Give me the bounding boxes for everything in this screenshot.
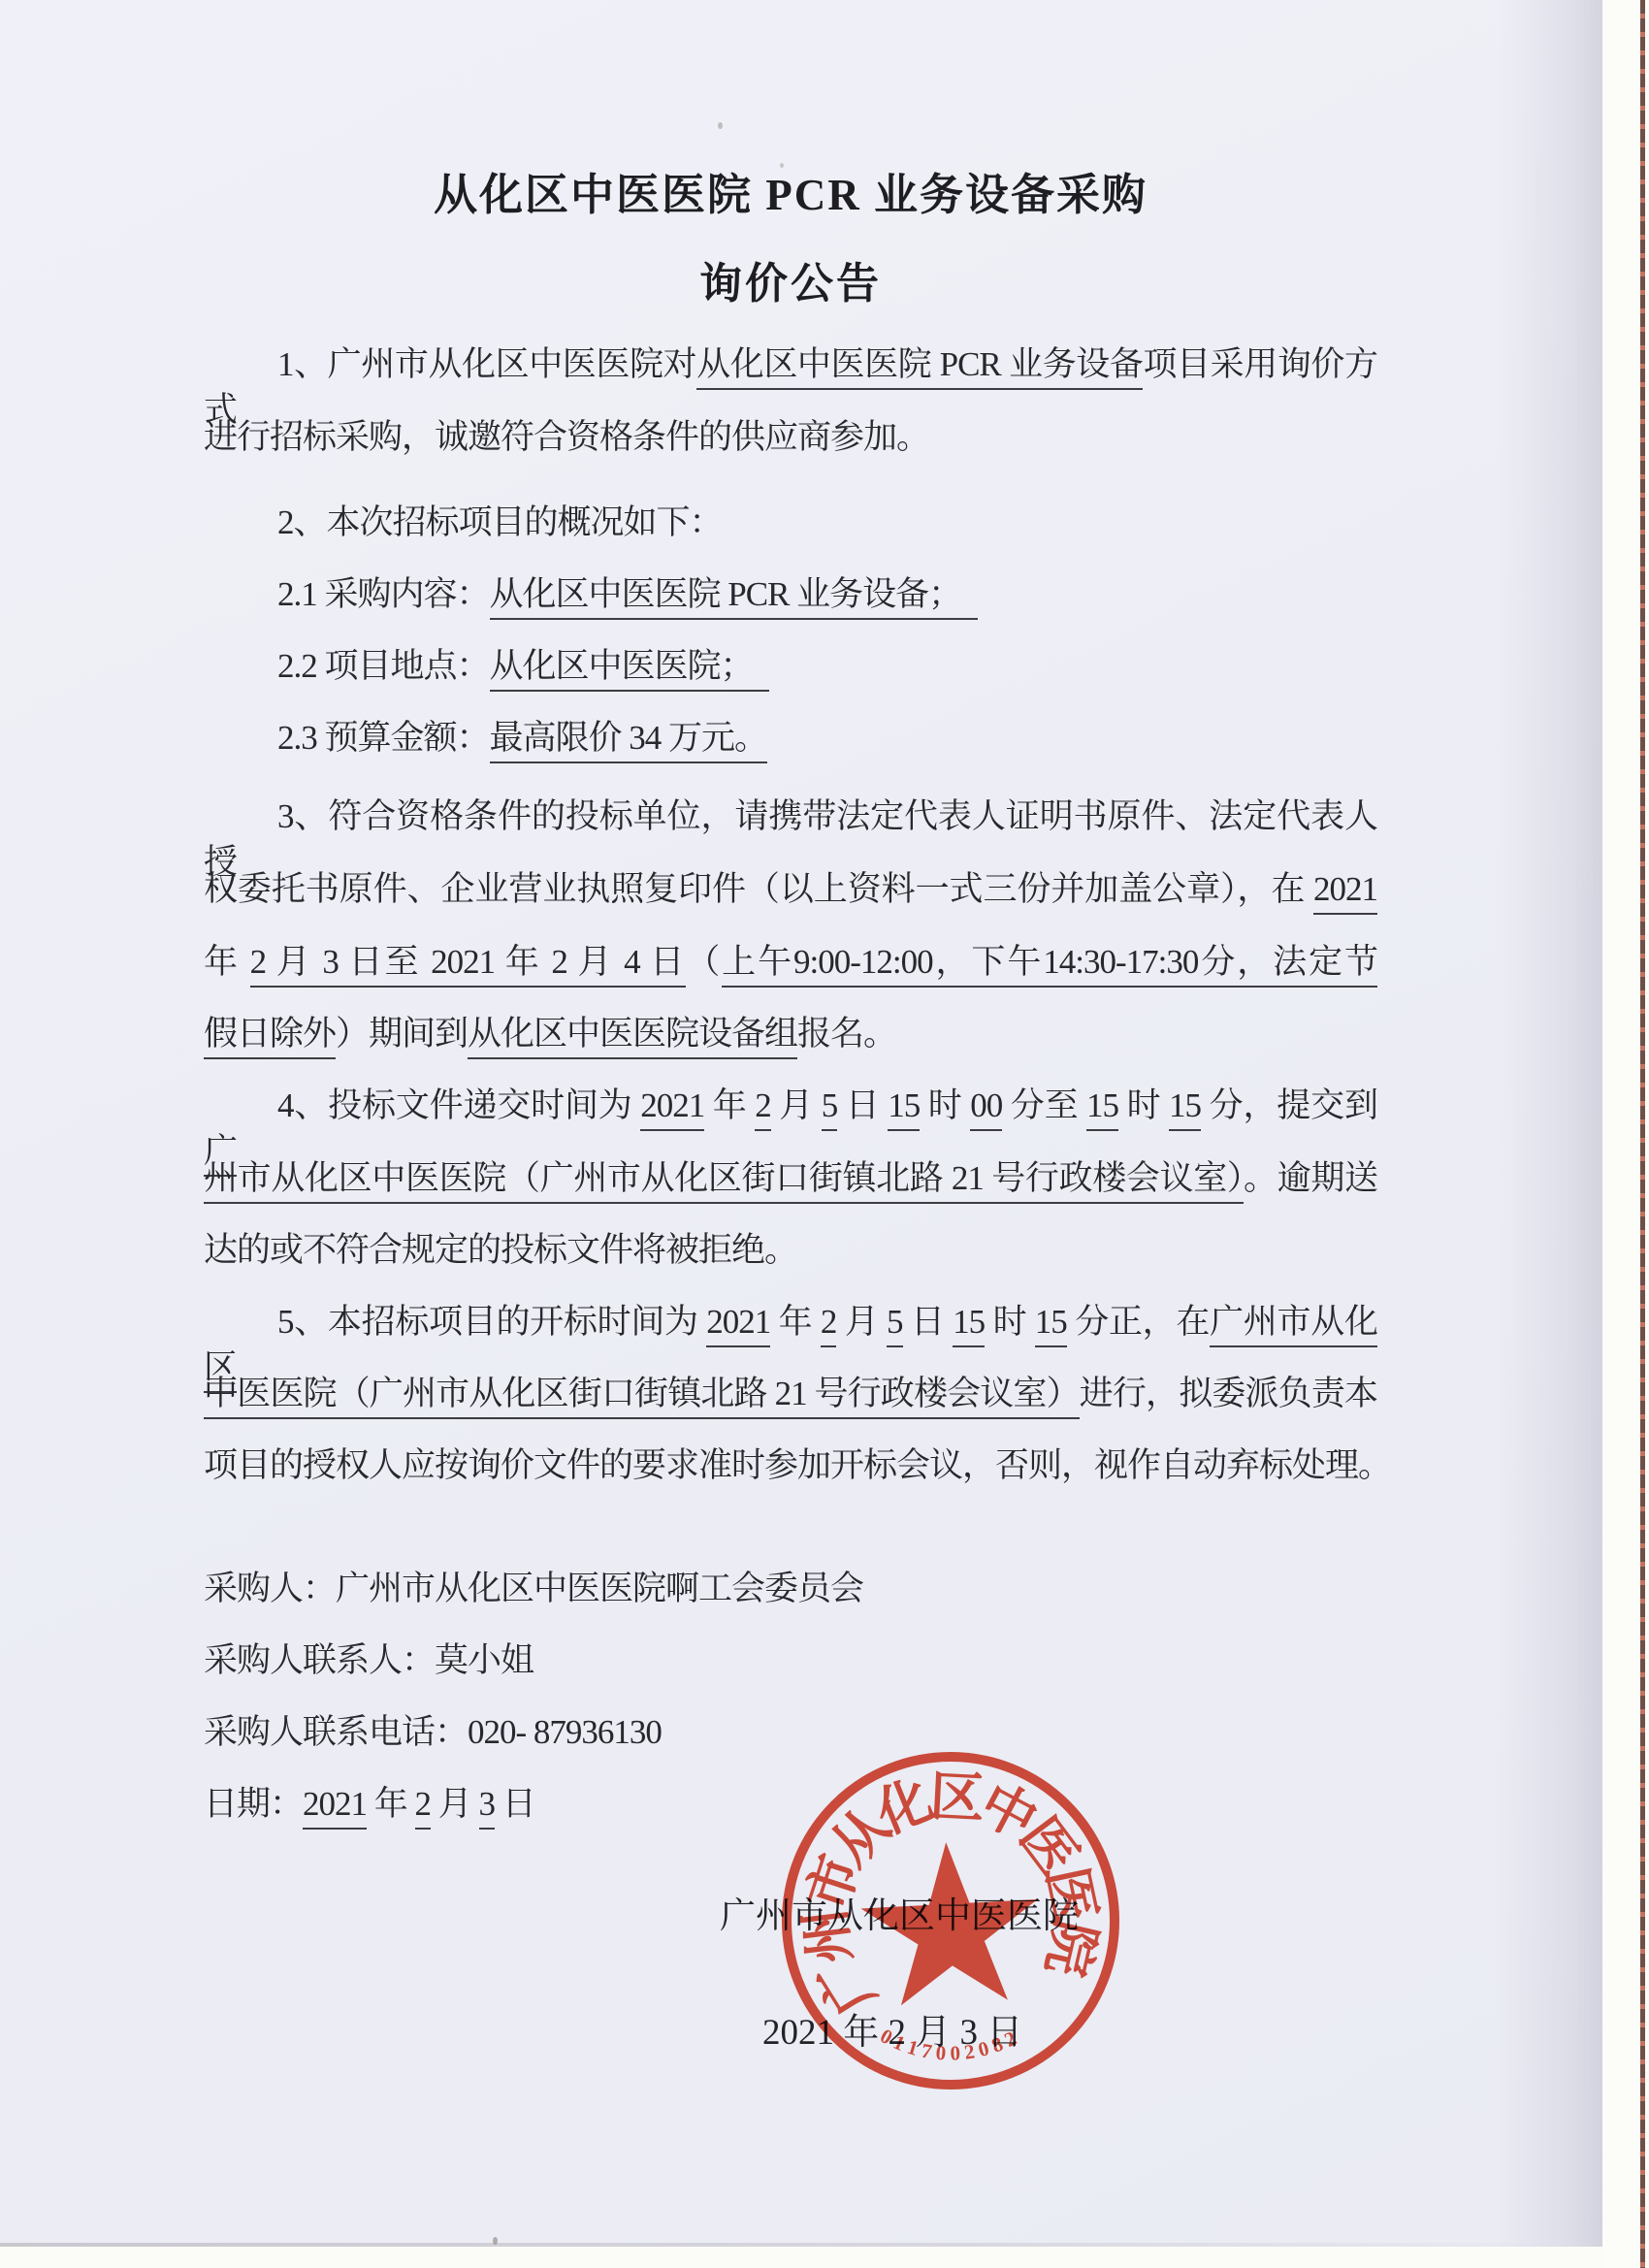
scan-speck — [493, 2237, 498, 2245]
text-run: 月 — [431, 1785, 479, 1823]
text-line: 权委托书原件、企业营业执照复印件（以上资料一式三份并加盖公章），在 2021 — [204, 866, 1377, 912]
text-line: 项目的授权人应按询价文件的要求准时参加开标会议，否则，视作自动弃标处理。 — [204, 1442, 1377, 1488]
text-run: 项目的授权人应按询价文件的要求准时参加开标会议，否则，视作自动弃标处理。 — [204, 1446, 1391, 1484]
text-run: 2、本次招标项目的概况如下： — [277, 503, 723, 541]
text-line: 中医医院（广州市从化区街口街镇北路 21 号行政楼会议室）进行，拟委派负责本 — [204, 1371, 1377, 1416]
text-run: 日 — [837, 1086, 888, 1124]
text-run: 时 — [920, 1086, 970, 1124]
text-run: 采购人联系电话：020- 87936130 — [204, 1713, 662, 1751]
underlined-text-run: 2 — [755, 1086, 771, 1131]
text-run: 2.2 项目地点： — [277, 647, 490, 685]
text-run: 。逾期送 — [1244, 1159, 1377, 1197]
text-run: 进行，拟委派负责本 — [1080, 1375, 1377, 1412]
seal-serial-digit: 0 — [950, 2041, 960, 2065]
text-run: 日期： — [204, 1785, 303, 1823]
page-edge-dashed-line — [1640, 0, 1645, 2268]
underlined-text-run: 3 — [479, 1785, 496, 1830]
text-run: 权委托书原件、企业营业执照复印件（以上资料一式三份并加盖公章），在 — [204, 870, 1313, 908]
text-line: 2.1 采购内容：从化区中医医院 PCR 业务设备； — [204, 571, 1377, 617]
text-run: 日 — [903, 1303, 954, 1341]
text-run: 进行招标采购，诚邀符合资格条件的供应商参加。 — [204, 418, 929, 456]
text-run: 年 — [367, 1785, 415, 1823]
underlined-text-run: 从化区中医医院 PCR 业务设备 — [696, 345, 1143, 390]
underlined-text-run: 5 — [822, 1086, 838, 1131]
text-line: 达的或不符合规定的投标文件将被拒绝。 — [204, 1227, 1377, 1273]
underlined-text-run: 00 — [970, 1086, 1002, 1131]
underlined-text-run: 2021 — [303, 1785, 367, 1830]
underlined-text-run: 2 — [415, 1785, 432, 1830]
text-run: 年 — [770, 1303, 821, 1341]
underlined-text-run: 2021 — [640, 1086, 704, 1131]
underlined-text-run: 2 月 3 日至 2021 年 2 月 4 日 — [250, 943, 687, 988]
text-line: 2.2 项目地点：从化区中医医院； — [204, 643, 1377, 689]
text-run: 报名。 — [797, 1015, 896, 1053]
underlined-text-run: 15 — [1169, 1086, 1201, 1131]
text-run: 月 — [771, 1086, 822, 1124]
underlined-text-run: 从化区中医医院； — [490, 647, 770, 692]
paper-bottom-edge — [0, 2243, 1602, 2247]
underlined-text-run: 15 — [888, 1086, 920, 1131]
text-run: 采购人联系人：莫小姐 — [204, 1641, 533, 1679]
text-line: 假日除外）期间到从化区中医医院设备组报名。 — [204, 1011, 1377, 1056]
underlined-text-run: 2021 — [1313, 870, 1377, 915]
underlined-text-run: 中医医院（广州市从化区街口街镇北路 21 号行政楼会议室） — [204, 1375, 1080, 1419]
text-line: 采购人联系人：莫小姐 — [204, 1637, 1377, 1683]
underlined-text-run: 5 — [887, 1303, 903, 1347]
underlined-text-run: 上午9:00-12:00，下午14:30-17:30分，法定节 — [722, 943, 1377, 988]
text-run: 年 — [204, 943, 250, 981]
text-run: 1、广州市从化区中医医院对 — [277, 345, 696, 383]
underlined-text-run: 从化区中医医院设备组 — [468, 1015, 797, 1059]
underlined-text-run: 2 — [821, 1303, 837, 1347]
text-run: 月 — [836, 1303, 887, 1341]
underlined-text-run: 15 — [1035, 1303, 1067, 1347]
text-run: 2.3 预算金额： — [277, 719, 490, 757]
text-run: 2.1 采购内容： — [277, 575, 490, 613]
underlined-text-run: 州市从化区中医医院（广州市从化区街口街镇北路 21 号行政楼会议室） — [204, 1159, 1244, 1204]
text-line: 采购人：广州市从化区中医医院啊工会委员会 — [204, 1566, 1377, 1611]
text-line: 州市从化区中医医院（广州市从化区街口街镇北路 21 号行政楼会议室）。逾期送 — [204, 1155, 1377, 1201]
underlined-text-run: 15 — [953, 1303, 985, 1347]
text-run: 采购人：广州市从化区中医医院啊工会委员会 — [204, 1570, 863, 1607]
underlined-text-run: 从化区中医医院 PCR 业务设备； — [490, 575, 978, 620]
official-red-seal: 广州市从化区中医医院0117002082 — [782, 1752, 1119, 2090]
text-run: 分，提交到 — [1201, 1086, 1377, 1124]
underlined-text-run: 2021 — [706, 1303, 770, 1347]
text-line: 进行招标采购，诚邀符合资格条件的供应商参加。 — [204, 414, 1377, 460]
text-line: 年 2 月 3 日至 2021 年 2 月 4 日（上午9:00-12:00，下… — [204, 939, 1377, 985]
text-run: 5、本招标项目的开标时间为 — [277, 1303, 706, 1341]
text-run: 年 — [704, 1086, 755, 1124]
underlined-text-run: 假日除外 — [204, 1015, 336, 1059]
text-line: 采购人联系电话：020- 87936130 — [204, 1709, 1377, 1755]
text-line: 2.3 预算金额：最高限价 34 万元。 — [204, 715, 1377, 761]
text-run: 4、投标文件递交时间为 — [277, 1086, 640, 1124]
document-title: 从化区中医医院 PCR 业务设备采购 — [204, 159, 1377, 222]
text-run: 时 — [1118, 1086, 1169, 1124]
underlined-text-run: 最高限价 34 万元。 — [490, 719, 768, 763]
text-run: 时 — [985, 1303, 1035, 1341]
underlined-text-run: 15 — [1086, 1086, 1118, 1131]
text-run: （ — [686, 943, 722, 981]
text-line: 2、本次招标项目的概况如下： — [204, 500, 1377, 545]
paper-crease-shadow — [1496, 0, 1602, 2247]
text-run: 日 — [495, 1785, 535, 1823]
text-run: 分至 — [1002, 1086, 1086, 1124]
scanned-page: 从化区中医医院 PCR 业务设备采购 询价公告 1、广州市从化区中医医院对从化区… — [0, 0, 1602, 2247]
document-subtitle: 询价公告 — [204, 248, 1377, 310]
text-run: 分正，在 — [1067, 1303, 1210, 1341]
text-run: ）期间到 — [336, 1015, 468, 1053]
seal-serial-digit: 0 — [935, 2041, 947, 2066]
scan-speck — [780, 163, 784, 168]
text-run: 达的或不符合规定的投标文件将被拒绝。 — [204, 1231, 797, 1269]
scan-speck — [718, 122, 723, 129]
